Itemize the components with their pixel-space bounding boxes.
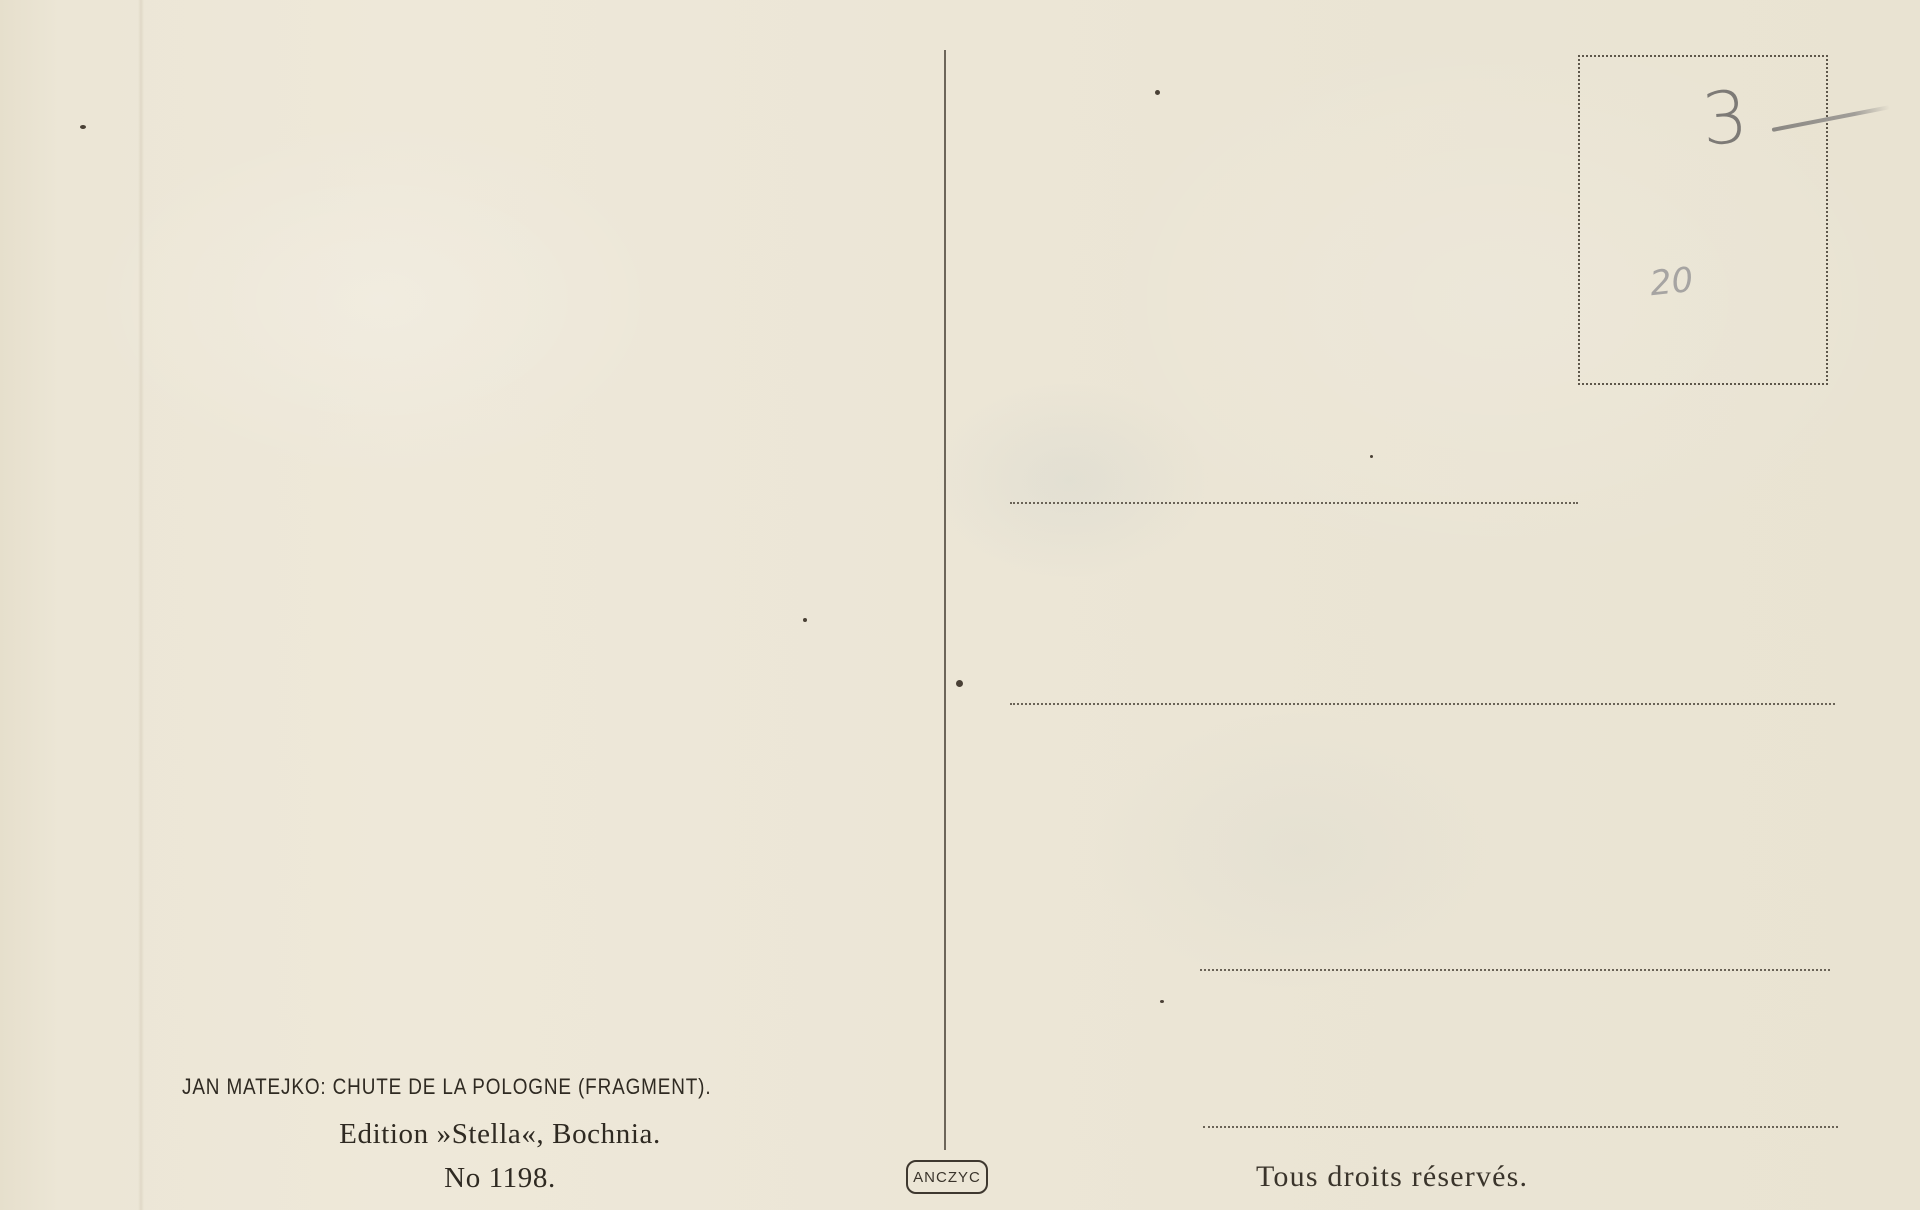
paper-speck: [1370, 455, 1373, 458]
pencil-note-mark: 20: [1648, 260, 1695, 304]
paper-speck: [803, 618, 807, 622]
printer-mark-badge: ANCZYC: [906, 1160, 988, 1194]
rights-notice: Tous droits réservés.: [1256, 1160, 1528, 1194]
address-line-2: [1010, 703, 1835, 705]
printer-mark-text: ANCZYC: [913, 1169, 981, 1186]
address-line-1: [1010, 502, 1578, 504]
card-number: No 1198.: [170, 1162, 830, 1195]
paper-speck: [956, 680, 963, 687]
paper-speck: [1155, 90, 1160, 95]
paper-speck: [1160, 1000, 1164, 1003]
paper-edge-band: [138, 0, 144, 1210]
paper-speck: [80, 125, 86, 129]
address-line-3: [1200, 969, 1830, 971]
publisher-line: Edition »Stella«, Bochnia.: [170, 1118, 830, 1151]
center-divider-line: [944, 50, 946, 1150]
address-line-4: [1203, 1126, 1838, 1128]
postcard-back: 3 20 JAN MATEJKO: CHUTE DE LA POLOGNE (F…: [0, 0, 1920, 1210]
pencil-price-mark: 3: [1700, 80, 1751, 155]
artwork-caption: JAN MATEJKO: CHUTE DE LA POLOGNE (FRAGME…: [182, 1074, 711, 1100]
